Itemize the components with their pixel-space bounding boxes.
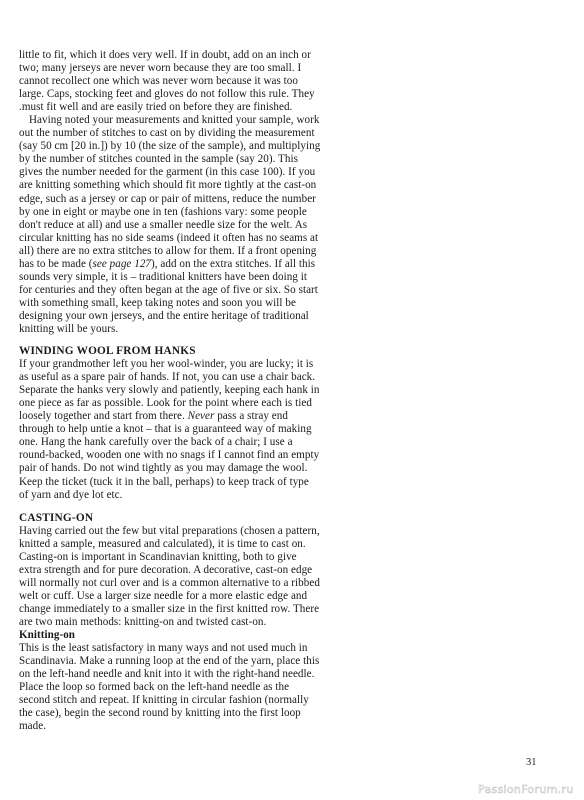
text-line: Keep the ticket (tuck it in the ball, pe…: [19, 476, 349, 489]
text-line: change immediately to a smaller size in …: [19, 603, 349, 616]
text-line: gives the number needed for the garment …: [19, 166, 349, 179]
text-line: two; many jerseys are never worn because…: [19, 62, 349, 75]
text-line: the case), begin the second round by kni…: [19, 707, 349, 720]
text-line: all) there are no extra stitches to allo…: [19, 245, 349, 258]
text-line: designing your own jerseys, and the enti…: [19, 310, 349, 323]
page-number: 31: [526, 757, 537, 768]
text-line: circular knitting has no side seams (ind…: [19, 232, 349, 245]
text-line: of yarn and dye lot etc.: [19, 489, 349, 502]
text-line: If your grandmother left you her wool-wi…: [19, 358, 349, 371]
measurement-paragraph: Having noted your measurements and knitt…: [19, 114, 349, 336]
text-fragment: pass a stray end: [214, 410, 288, 422]
text-line: Scandinavia. Make a running loop at the …: [19, 655, 349, 668]
text-line: little to fit, which it does very well. …: [19, 49, 349, 62]
text-line: made.: [19, 720, 349, 733]
text-line: one piece as far as possible. Look for t…: [19, 397, 349, 410]
text-line-with-page-reference: has to be made (see page 127), add on th…: [19, 258, 349, 271]
text-line: welt or cuff. Use a larger size needle f…: [19, 590, 349, 603]
text-line: are two main methods: knitting-on and tw…: [19, 616, 349, 629]
text-line: knitting will be yours.: [19, 323, 349, 336]
text-line: sounds very simple, it is – traditional …: [19, 271, 349, 284]
text-line: out the number of stitches to cast on by…: [19, 127, 349, 140]
text-line: are knitting something which should fit …: [19, 179, 349, 192]
text-fragment: loosely together and start from there.: [19, 410, 188, 422]
page-body: little to fit, which it does very well. …: [19, 49, 349, 733]
text-line: Separate the hanks very slowly and patie…: [19, 384, 349, 397]
text-line: don't reduce at all) and use a smaller n…: [19, 219, 349, 232]
text-line: cannot recollect one which was never wor…: [19, 75, 349, 88]
intro-paragraph: little to fit, which it does very well. …: [19, 49, 349, 114]
text-line: .must fit well and are easily tried on b…: [19, 101, 349, 114]
text-line: will normally not curl over and is a com…: [19, 577, 349, 590]
text-line: one. Hang the hank carefully over the ba…: [19, 436, 349, 449]
subheading-knitting-on: Knitting-on: [19, 629, 349, 642]
emphasis-never: Never: [188, 410, 215, 422]
text-line: with something small, keep taking notes …: [19, 297, 349, 310]
text-line: by the number of stitches counted in the…: [19, 153, 349, 166]
winding-section: WINDING WOOL FROM HANKS If your grandmot…: [19, 345, 349, 502]
section-heading-winding: WINDING WOOL FROM HANKS: [19, 345, 349, 358]
text-line: on the left-hand needle and knit into it…: [19, 668, 349, 681]
watermark: PassionForum.ru: [478, 783, 573, 796]
text-line-with-emphasis: loosely together and start from there. N…: [19, 410, 349, 423]
text-line: round-backed, wooden one with no snags i…: [19, 449, 349, 462]
text-line: second stitch and repeat. If knitting in…: [19, 694, 349, 707]
text-line: pair of hands. Do not wind tightly as yo…: [19, 462, 349, 475]
text-fragment: has to be made (: [19, 258, 93, 270]
text-line: extra strength and for pure decoration. …: [19, 564, 349, 577]
text-line: Place the loop so formed back on the lef…: [19, 681, 349, 694]
text-line: (say 50 cm [20 in.]) by 10 (the size of …: [19, 140, 349, 153]
section-heading-casting-on: CASTING-ON: [19, 512, 349, 525]
text-line: large. Caps, stocking feet and gloves do…: [19, 88, 349, 101]
text-line: through to help untie a knot – that is a…: [19, 423, 349, 436]
page-reference: see page 127: [93, 258, 152, 270]
text-line: Having noted your measurements and knitt…: [19, 114, 349, 127]
text-line: edge, such as a jersey or cap or pair of…: [19, 193, 349, 206]
text-line: Having carried out the few but vital pre…: [19, 525, 349, 538]
text-line: knitted a sample, measured and calculate…: [19, 538, 349, 551]
text-line: as useful as a spare pair of hands. If n…: [19, 371, 349, 384]
text-line: by one in eight or maybe one in ten (fas…: [19, 206, 349, 219]
casting-section: CASTING-ON Having carried out the few bu…: [19, 512, 349, 734]
text-line: Casting-on is important in Scandinavian …: [19, 551, 349, 564]
text-line: This is the least satisfactory in many w…: [19, 642, 349, 655]
text-line: for centuries and they often began at th…: [19, 284, 349, 297]
text-fragment: ), add on the extra stitches. If all thi…: [151, 258, 315, 270]
